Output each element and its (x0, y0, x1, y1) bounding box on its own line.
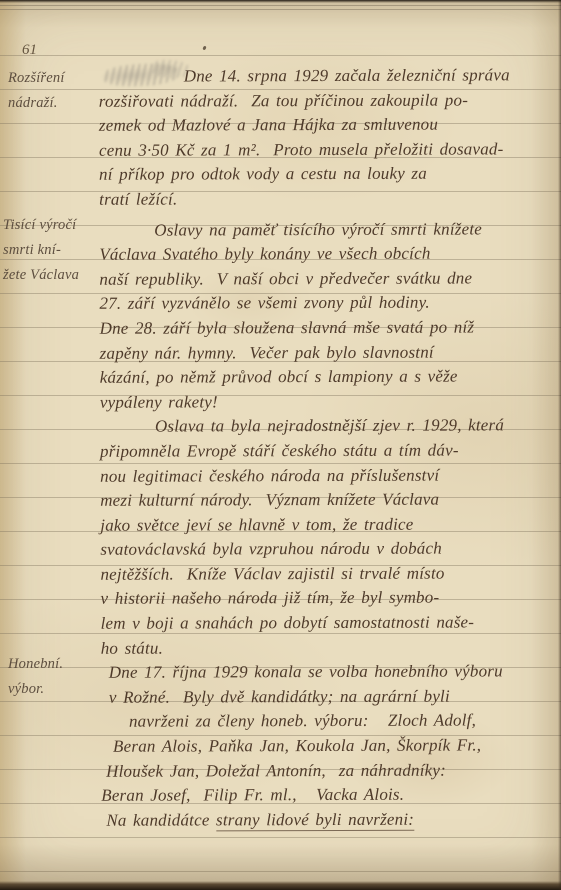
text-line: připomněla Evropě stáří českého státu a … (100, 438, 560, 464)
text-line: vypáleny rakety! (100, 389, 560, 415)
margin-note-hunting: Honební. výbor. (8, 652, 100, 702)
margin-note-line: Honební. (8, 652, 100, 677)
bottom-scan-edge (0, 881, 561, 890)
text-line: v historii našeho národa již tím, že byl… (100, 586, 560, 612)
text-line: Beran Alois, Paňka Jan, Koukola Jan, Ško… (113, 733, 561, 759)
text-line: ho státu. (101, 635, 561, 661)
text-line: Václava Svatého byly konány ve všech obc… (99, 241, 559, 267)
text-line-start: Na kandidátce (106, 810, 216, 829)
paragraph-railway-extension: Dne 14. srpna 1929 začala železniční spr… (99, 63, 560, 212)
text-line: Dne 28. září byla sloužena slavná mše sv… (100, 315, 560, 341)
text-line: navrženi za členy honeb. výboru: Zloch A… (129, 709, 561, 735)
text-line: lem v boji a snahách po dobytí samostatn… (101, 610, 561, 636)
text-line: tratí ležící. (99, 186, 559, 212)
margin-note-line: Tisící výročí (3, 213, 95, 238)
margin-note-line: žete Václava (3, 263, 95, 288)
text-line: Oslavy na paměť tisícího výročí smrti kn… (154, 217, 559, 243)
text-line: zemek od Mazlové a Jana Hájka za smluven… (99, 112, 559, 138)
text-line: v Rožné. Byly dvě kandidátky; na agrární… (109, 684, 561, 710)
text-line: naší republiky. V naší obci v předvečer … (99, 266, 559, 292)
text-line: svatováclavská byla vzpruhou národu v do… (100, 536, 560, 562)
top-scan-edge (0, 0, 561, 3)
margin-note-line: Rozšíření (8, 66, 100, 91)
chronicle-page-scan: 61 Rozšíření nádraží. Tisící výročí smrt… (0, 0, 561, 890)
text-line: mezi kulturní národy. Význam knížete Vác… (100, 487, 560, 513)
text-line: Hloušek Jan, Doležal Antonín, za náhradn… (106, 758, 561, 784)
text-line: ní příkop pro odtok vody a cestu na louk… (99, 162, 559, 188)
underlined-text: strany lidové byli navrženi: (216, 810, 414, 832)
text-line: Dne 17. října 1929 konala se volba honeb… (109, 659, 561, 685)
top-double-rule-2 (0, 9, 561, 10)
page-number: 61 (22, 42, 37, 59)
paragraph-wenceslas-celebration: Oslavy na paměť tisícího výročí smrti kn… (99, 217, 560, 415)
handwritten-text: Dne 14. srpna 1929 začala železniční spr… (99, 63, 561, 833)
text-line: Na kandidátce strany lidové byli navržen… (106, 807, 561, 833)
text-line: Dne 14. srpna 1929 začala železniční spr… (184, 63, 559, 89)
margin-note-line: nádraží. (8, 91, 100, 116)
text-line: kázání, po němž průvod obcí s lampiony a… (100, 364, 560, 390)
text-line: rozšiřovati nádraží. Za tou příčinou zak… (99, 88, 559, 114)
text-line: cenu 3·50 Kč za 1 m². Proto musela přelo… (99, 137, 559, 163)
paragraph-wenceslas-significance: Oslava ta byla nejradostnější zjev r. 19… (100, 414, 561, 662)
text-line: zapěny nár. hymny. Večer pak bylo slavno… (100, 340, 560, 366)
ink-speck (202, 46, 206, 51)
margin-note-railway: Rozšíření nádraží. (8, 66, 100, 116)
text-line: Oslava ta byla nejradostnější zjev r. 19… (155, 414, 560, 440)
text-line: nou legitimaci českého národa na přísluš… (100, 463, 560, 489)
top-double-rule-1 (0, 5, 561, 6)
text-line: jako světce jeví se hlavně v tom, že tra… (100, 512, 560, 538)
text-line: nejtěžších. Kníže Václav zajistil si trv… (100, 561, 560, 587)
margin-note-line: smrti kní- (3, 238, 95, 263)
text-line: 27. září vyzvánělo se všemi zvony půl ho… (99, 291, 559, 317)
paragraph-hunting-committee: Dne 17. října 1929 konala se volba honeb… (101, 659, 561, 833)
margin-note-wenceslas: Tisící výročí smrti kní- žete Václava (3, 213, 95, 287)
text-line: Beran Josef, Filip Fr. ml., Vacka Alois. (101, 782, 561, 808)
margin-note-line: výbor. (8, 677, 100, 702)
